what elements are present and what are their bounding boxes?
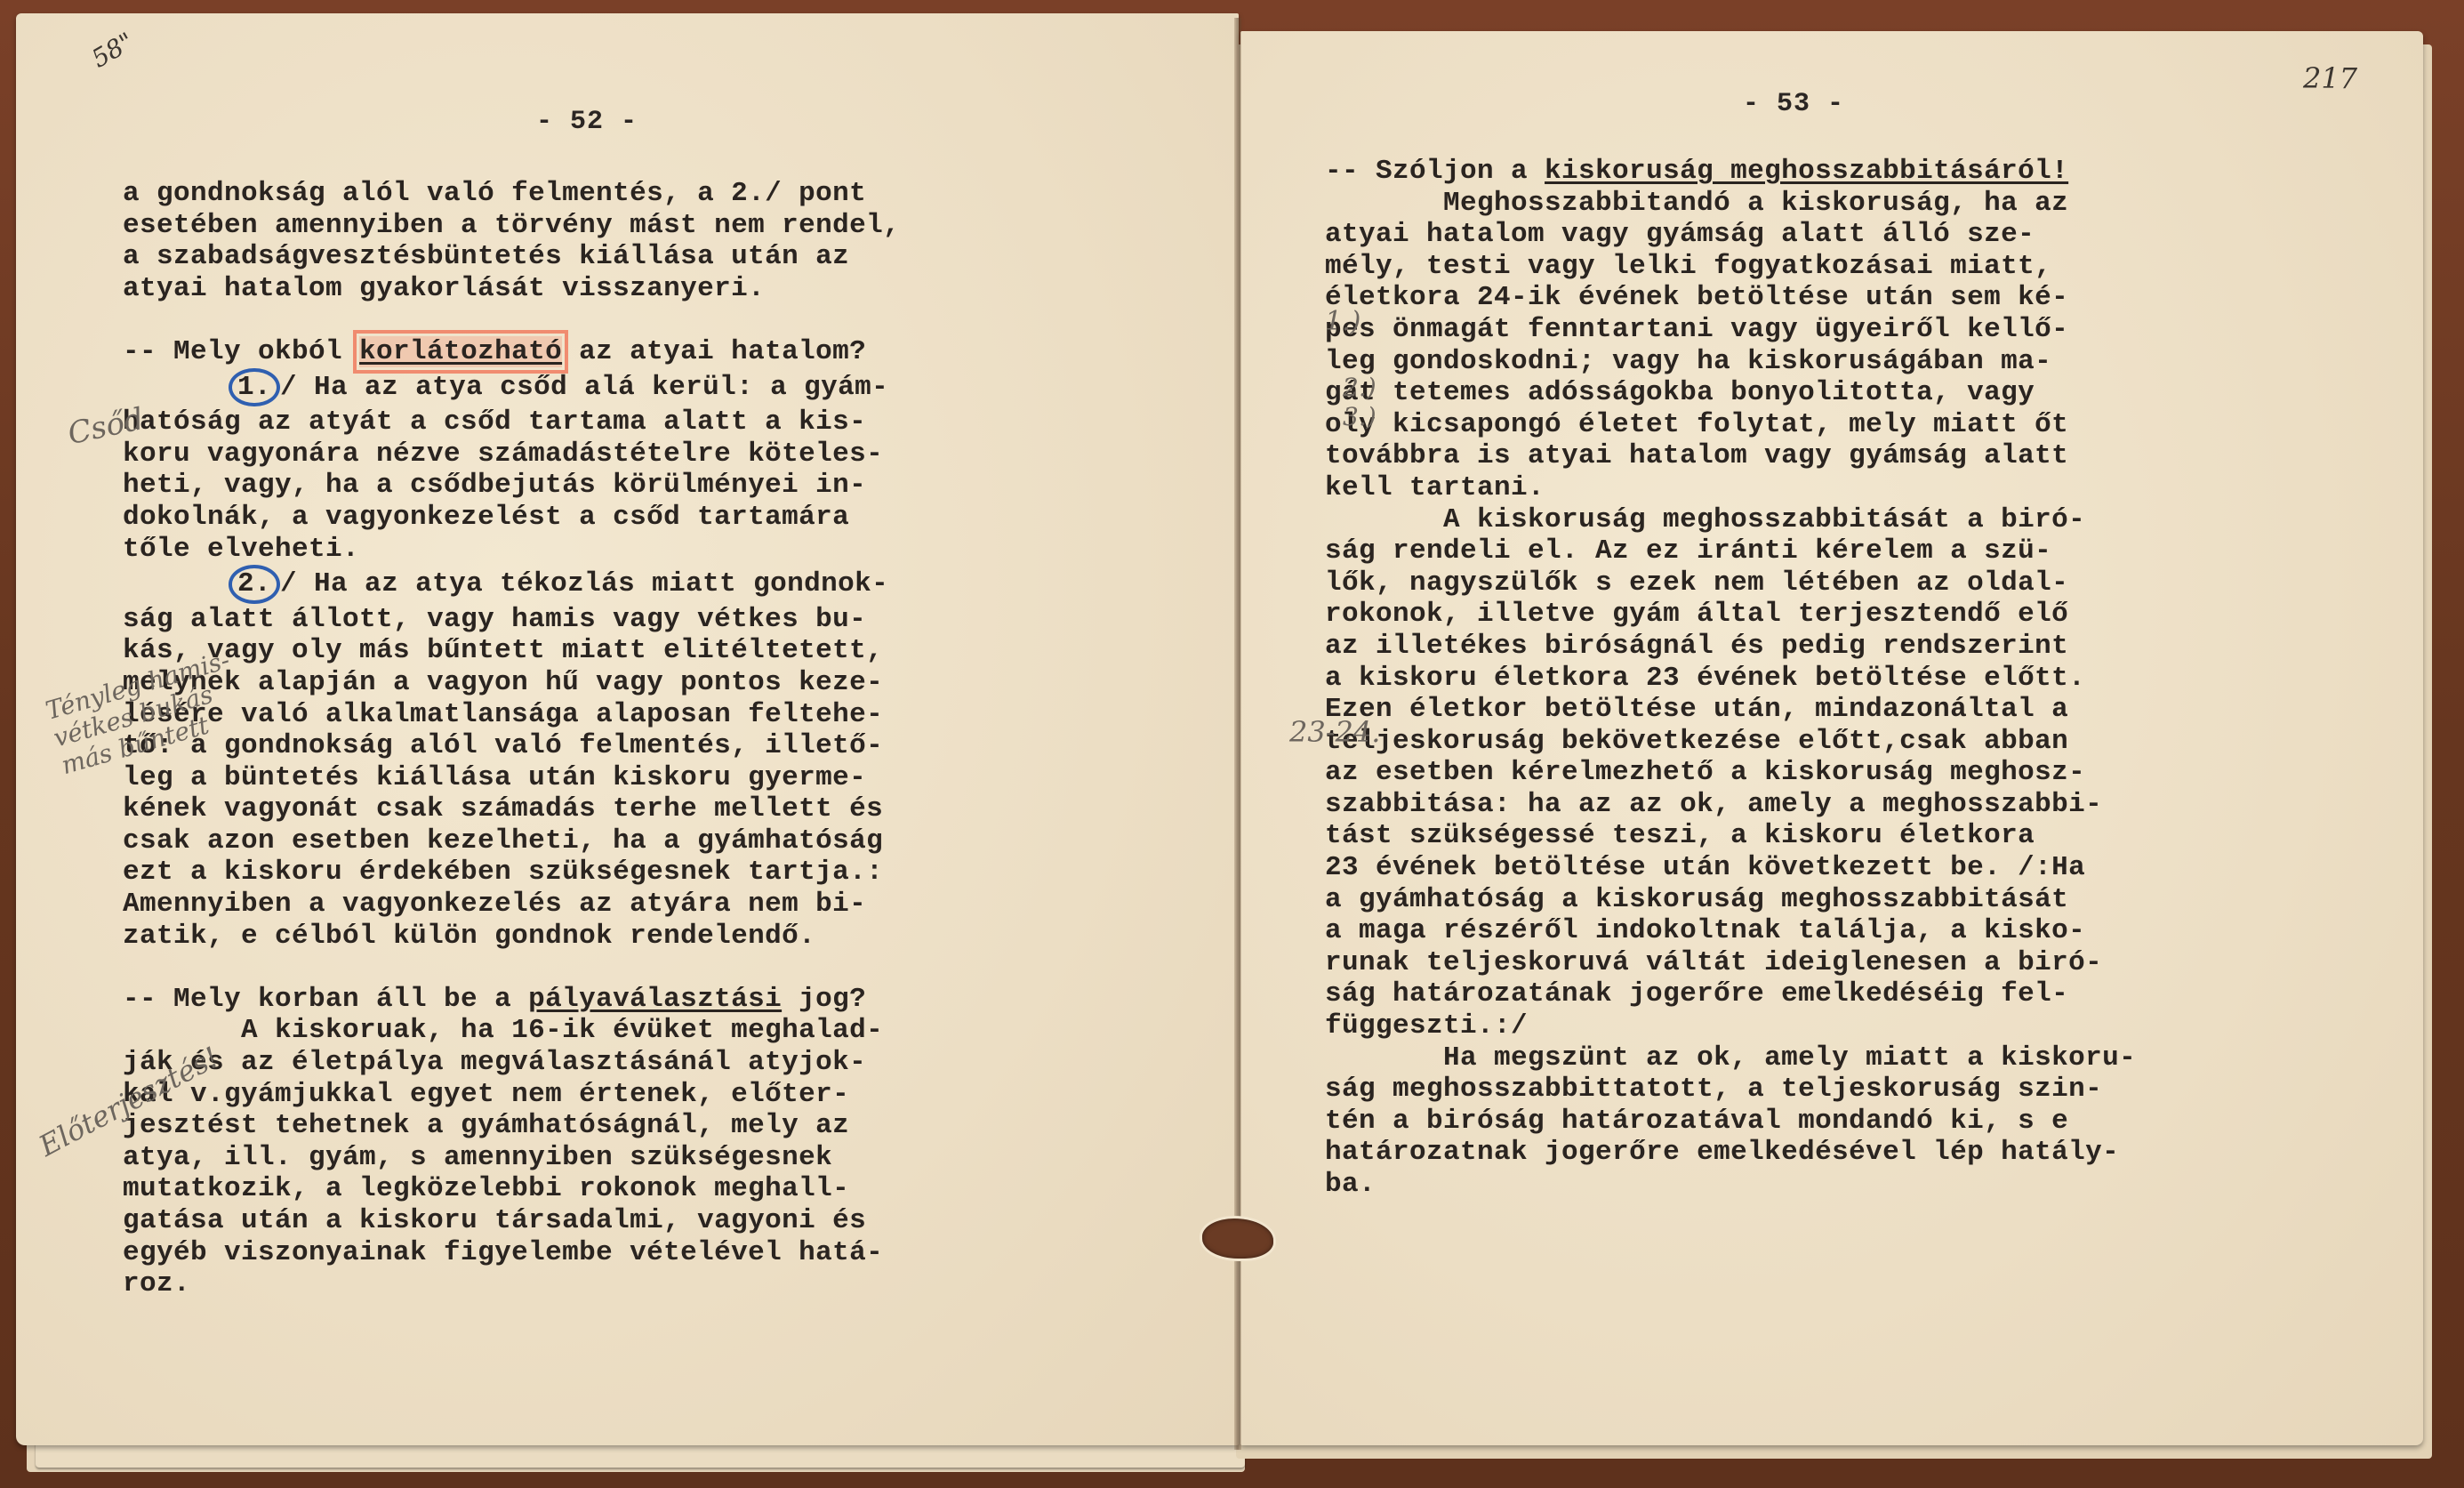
annotation-mark: csak azon esetben kezelheti, ha a gyámha…	[123, 825, 883, 857]
left-text-line: a gondnokság alól való felmentés, a 2./ …	[123, 178, 900, 210]
left-page: 58" - 52 - a gondnokság alól való felmen…	[16, 13, 1239, 1445]
annotation-mark: 1.	[229, 368, 280, 407]
right-text-line: függeszti.:/	[1325, 1010, 2136, 1042]
left-text-line: atyai hatalom gyakorlását visszanyeri.	[123, 273, 900, 305]
left-text-line: csak azon esetben kezelheti, ha a gyámha…	[123, 825, 900, 857]
right-text-line: leg gondoskodni; vagy ha kiskoruságában …	[1325, 346, 2136, 378]
left-text-line: -- Mely korban áll be a pályaválasztási …	[123, 984, 900, 1016]
annotation-mark: tőle elveheti.	[123, 534, 359, 565]
margin-note-23-24: 23-24.	[1289, 716, 1380, 749]
right-text-line: a kiskoru életkora 23 évének betöltése e…	[1325, 663, 2136, 695]
annotation-mark: 2.	[229, 565, 280, 604]
right-text-line: A kiskoruság meghosszabbitását a biró-	[1325, 504, 2136, 536]
annotation-mark: vagy	[1612, 346, 1680, 377]
annotation-mark: csak számadás terhe mellett és	[376, 793, 883, 824]
annotation-mark: hamis vagy vétkes bu-	[511, 604, 866, 635]
annotation-mark: roz.	[123, 1268, 190, 1299]
annotation-mark: gatása	[123, 1205, 224, 1236]
annotation-mark: hatá-	[799, 1237, 883, 1268]
annotation-mark: lők	[1325, 567, 1376, 599]
annotation-mark: körülményei in-	[613, 470, 866, 501]
right-text-line: rokonok, illetve gyám által terjesztendő…	[1325, 599, 2136, 631]
left-text-line	[123, 952, 900, 984]
left-text-line: Amennyiben a vagyonkezelés az atyára nem…	[123, 889, 900, 921]
annotation-mark: teljeskoruság szin-	[1781, 1074, 2102, 1105]
left-text-line: ság alatt állott, vagy hamis vagy vétkes…	[123, 604, 900, 636]
right-text-line: pes önmagát fenntartani vagy ügyeiről ke…	[1325, 314, 2136, 346]
left-text-line: kének vagyonát csak számadás terhe melle…	[123, 793, 900, 825]
right-text-line: kell tartani.	[1325, 472, 2136, 504]
annotation-mark: ezt a kiskoru érdekében szükségesnek tar…	[123, 857, 883, 888]
annotation-mark: függeszti.:/	[1325, 1010, 1528, 1042]
left-text-line: ják és az életpálya megválasztásánál aty…	[123, 1047, 900, 1079]
annotation-mark: előter-	[731, 1079, 849, 1110]
annotation-mark: testi	[1426, 251, 1511, 282]
left-text-line: dokolnák, a vagyonkezelést a csőd tartam…	[123, 502, 900, 534]
left-text-line: atya, ill. gyám, s amennyiben szükségesn…	[123, 1142, 900, 1174]
margin-note-3: 3.)	[1343, 403, 1376, 431]
left-text-line: a szabadságvesztésbüntetés kiállása után…	[123, 241, 900, 273]
left-page-body: a gondnokság alól való felmentés, a 2./ …	[123, 178, 900, 1300]
right-text-line: lők, nagyszülők s ezek nem létében az ol…	[1325, 567, 2136, 599]
annotation-mark: gyámhatóság	[1359, 884, 1545, 915]
margin-note-1: 1.)	[1325, 307, 1360, 338]
right-text-line: Meghosszabbitandó a kiskoruság, ha az	[1325, 188, 2136, 220]
left-text-line: tő: a gondnokság alól való felmentés, il…	[123, 730, 900, 762]
annotation-mark: a szü-	[1950, 535, 2051, 567]
annotation-mark: külön gondnok	[393, 921, 613, 952]
annotation-mark: a kiskoru életkora 23 évének betöltése e…	[1325, 663, 2085, 694]
right-text-line: életkora 24-ik évének betöltése után sem…	[1325, 282, 2136, 314]
annotation-mark: tetemes adósságokba	[1393, 377, 1714, 408]
left-text-line: egyéb viszonyainak figyelembe vételével …	[123, 1237, 900, 1269]
annotation-mark: ság alatt állott	[123, 604, 393, 635]
right-text-line: Ha megszünt az ok, amely miatt a kiskoru…	[1325, 1042, 2136, 1074]
annotation-mark: atya csőd alá	[415, 372, 635, 403]
left-text-line: leg a büntetés kiállása után kiskoru gye…	[123, 762, 900, 794]
right-text-line: gát tetemes adósságokba bonyolitotta, va…	[1325, 377, 2136, 409]
left-corner-note: 58"	[87, 28, 139, 74]
annotation-mark: gyám	[1612, 599, 1680, 630]
right-text-line: szabbitása: ha az az ok, amely a meghoss…	[1325, 789, 2136, 821]
annotation-mark: a gondnokság alól való felmentés, illető…	[190, 730, 883, 761]
left-text-line: ezt a kiskoru érdekében szükségesnek tar…	[123, 857, 900, 889]
annotation-mark: rendszerint	[1882, 631, 2068, 662]
left-text-line: gatása után a kiskoru társadalmi, vagyon…	[123, 1205, 900, 1237]
right-text-line: az illetékes biróságnál és pedig rendsze…	[1325, 631, 2136, 663]
right-text-line: Ezen életkor betöltése után, mindazonált…	[1325, 694, 2136, 726]
annotation-mark: atya tékozlás miatt gondnok-	[415, 568, 888, 599]
annotation-mark: leg a büntetés kiállása után kiskoru gye…	[123, 762, 866, 793]
annotation-mark: sem ké-	[1950, 282, 2068, 313]
right-text-line: továbbra is atyai hatalom vagy gyámság a…	[1325, 440, 2136, 472]
left-text-line: roz.	[123, 1268, 900, 1300]
left-text-line: 2./ Ha az atya tékozlás miatt gondnok-	[123, 565, 900, 604]
right-text-line: az esetben kérelmezhető a kiskoruság meg…	[1325, 757, 2136, 789]
right-text-line: ság meghosszabbittatott, a teljeskoruság…	[1325, 1074, 2136, 1106]
right-text-line: oly kicsapongó életet folytat, mely miat…	[1325, 409, 2136, 441]
right-corner-note: 217	[2303, 62, 2357, 95]
annotation-mark: pályaválasztási	[528, 984, 782, 1015]
annotation-mark: határozatának jogerőre emelkedéséig fel-	[1393, 978, 2068, 1009]
right-text-line: a gyámhatóság a kiskoruság meghosszabbit…	[1325, 884, 2136, 916]
annotation-mark: bűntett	[427, 635, 545, 666]
left-text-line	[123, 304, 900, 336]
annotation-mark: a vagyonkezelést a csőd tartamára	[292, 502, 849, 533]
right-text-line: atyai hatalom vagy gyámság alatt álló sz…	[1325, 219, 2136, 251]
right-text-line: ba.	[1325, 1169, 2136, 1201]
annotation-mark: 23 évének betöltése után következett be.	[1325, 852, 2001, 883]
left-text-line: kal v.gyámjukkal egyet nem értenek, előt…	[123, 1079, 900, 1111]
right-page-body: -- Szóljon a kiskoruság meghosszabbitásá…	[1325, 156, 2136, 1201]
left-text-line: esetében amennyiben a törvény mást nem r…	[123, 210, 900, 242]
right-text-line: -- Szóljon a kiskoruság meghosszabbitásá…	[1325, 156, 2136, 188]
left-text-line: -- Mely okból korlátozható az atyai hata…	[123, 336, 900, 368]
right-text-line: tén a biróság határozatával mondandó ki,…	[1325, 1106, 2136, 1138]
annotation-mark: teljeskoruvá váltát ideiglenesen a biró-	[1426, 947, 2102, 978]
right-text-line: ság határozatának jogerőre emelkedéséig …	[1325, 978, 2136, 1010]
left-text-line: mutatkozik, a legközelebbi rokonok megha…	[123, 1173, 900, 1205]
annotation-mark: kicsapongó életet	[1393, 409, 1680, 440]
margin-note-2: 2.)	[1343, 374, 1376, 402]
annotation-mark: tén a biróság határozatával mondandó ki,	[1325, 1106, 2001, 1137]
right-text-line: tást szükségessé teszi, a kiskoru életko…	[1325, 820, 2136, 852]
annotation-mark: ság rendeli el.	[1325, 535, 1578, 567]
annotation-mark: rokonok	[1325, 599, 1443, 630]
annotation-mark: határozatnak	[1325, 1137, 1528, 1168]
annotation-mark: vagy	[1967, 377, 2035, 408]
annotation-mark: a biró-	[1967, 504, 2085, 535]
left-text-line: zatik, e célból külön gondnok rendelendő…	[123, 921, 900, 953]
right-text-line: mély, testi vagy lelki fogyatkozásai mia…	[1325, 251, 2136, 283]
annotation-mark: 16-ik évüket	[511, 1015, 714, 1046]
right-page: 217 - 53 - -- Szóljon a kiskoruság megho…	[1240, 31, 2423, 1445]
annotation-mark: ha az az ok,	[1528, 789, 1730, 820]
right-text-line: teljeskoruság bekövetkezése előtt,csak a…	[1325, 726, 2136, 758]
left-text-line: tőle elveheti.	[123, 534, 900, 566]
annotation-mark: lelki fogyatkozásai miatt	[1612, 251, 2035, 282]
left-text-line: hatóság az atyát a csőd tartama alatt a …	[123, 406, 900, 438]
right-page-number: - 53 -	[1743, 89, 1844, 119]
annotation-mark: oldal-	[1967, 567, 2068, 599]
right-text-line: 23 évének betöltése után következett be.…	[1325, 852, 2136, 884]
annotation-mark: atya, ill. gyám, s amennyiben szükségesn…	[123, 1142, 832, 1173]
annotation-mark: mutatkozik, a legközelebbi rokonok megha…	[123, 1173, 849, 1204]
left-text-line: 1./ Ha az atya csőd alá kerül: a gyám-	[123, 368, 900, 407]
left-text-line: jesztést tehetnek a gyámhatóságnál, mely…	[123, 1110, 900, 1142]
annotation-mark: jesztést tehetnek a gyámhatóságnál	[123, 1110, 697, 1141]
annotation-mark: kiskoruság meghosszabbitásáról!	[1545, 156, 2068, 187]
annotation-mark: pes önmagát fenntartani vagy ügyeiről ke…	[1325, 314, 2068, 345]
right-text-line: ság rendeli el. Az ez iránti kérelem a s…	[1325, 535, 2136, 567]
left-text-line: koru vagyonára nézve számadástételre köt…	[123, 438, 900, 471]
left-page-number: - 52 -	[536, 107, 638, 137]
right-text-line: a maga részéről indokoltnak találja, a k…	[1325, 915, 2136, 947]
annotation-mark: nagyszülők	[1409, 567, 1578, 599]
right-text-line: runak teljeskoruvá váltát ideiglenesen a…	[1325, 947, 2136, 979]
annotation-mark: heti	[123, 470, 190, 501]
left-text-line: A kiskoruak, ha 16-ik évüket meghalad-	[123, 1015, 900, 1047]
left-text-line: heti, vagy, ha a csődbejutás körülményei…	[123, 470, 900, 502]
annotation-mark: korlátozható	[359, 336, 562, 367]
right-text-line: határozatnak jogerőre emelkedésével lép …	[1325, 1137, 2136, 1169]
